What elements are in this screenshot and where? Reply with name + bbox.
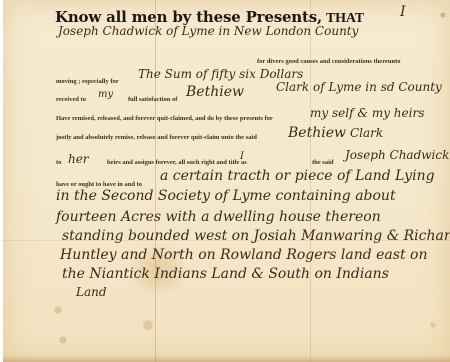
hand-grantor-name-2: Joseph Chadwick	[345, 148, 449, 162]
print-satisfaction: full satisfaction of	[128, 96, 177, 103]
print-quitclaim: justly and absolutely remise, release an…	[56, 134, 257, 141]
hand-acres: fourteen Acres with a dwelling house the…	[56, 209, 381, 225]
hand-sum: The Sum of fifty six Dollars	[138, 67, 303, 81]
hand-her: her	[68, 152, 89, 166]
hand-grantee-surname: Clark of Lyme in sd County	[276, 80, 442, 94]
print-heirs-assigns: heirs and assigns forever, all such righ…	[107, 159, 247, 166]
paper-edge	[3, 355, 450, 362]
hand-grantor-pronoun: I	[400, 4, 406, 20]
hand-land: Land	[76, 285, 107, 299]
hand-heirs: my self & my heirs	[310, 106, 424, 120]
print-the-said: the said	[312, 159, 334, 166]
hand-grantee-surname-2: Clark	[350, 126, 383, 140]
hand-grantee-first: Bethiew	[186, 84, 244, 100]
print-have-ought: have or ought to have in and to	[56, 181, 142, 188]
hand-grantor-name: Joseph Chadwick of Lyme in New London Co…	[58, 24, 358, 38]
hand-grantee-first-2: Bethiew	[288, 125, 346, 141]
hand-bounded-west: standing bounded west on Josiah Manwarin…	[62, 228, 450, 244]
print-considerations: for divers good causes and consideration…	[257, 58, 401, 65]
hand-i: I	[240, 151, 244, 162]
print-to: to	[56, 159, 61, 166]
hand-bounded-south: the Niantick Indians Land & South on Ind…	[62, 266, 389, 282]
hand-society: in the Second Society of Lyme containing…	[56, 188, 396, 204]
hand-bounded-north-east: Huntley and North on Rowland Rogers land…	[60, 247, 427, 263]
fold-line	[155, 0, 156, 362]
hand-tract: a certain tracth or piece of Land Lying	[160, 168, 435, 184]
hand-my: my	[98, 89, 113, 100]
print-remised: Have remised, released, and forever quit…	[56, 115, 273, 122]
print-received: received to	[56, 96, 86, 103]
print-moving: moving ; especially for	[56, 78, 119, 85]
